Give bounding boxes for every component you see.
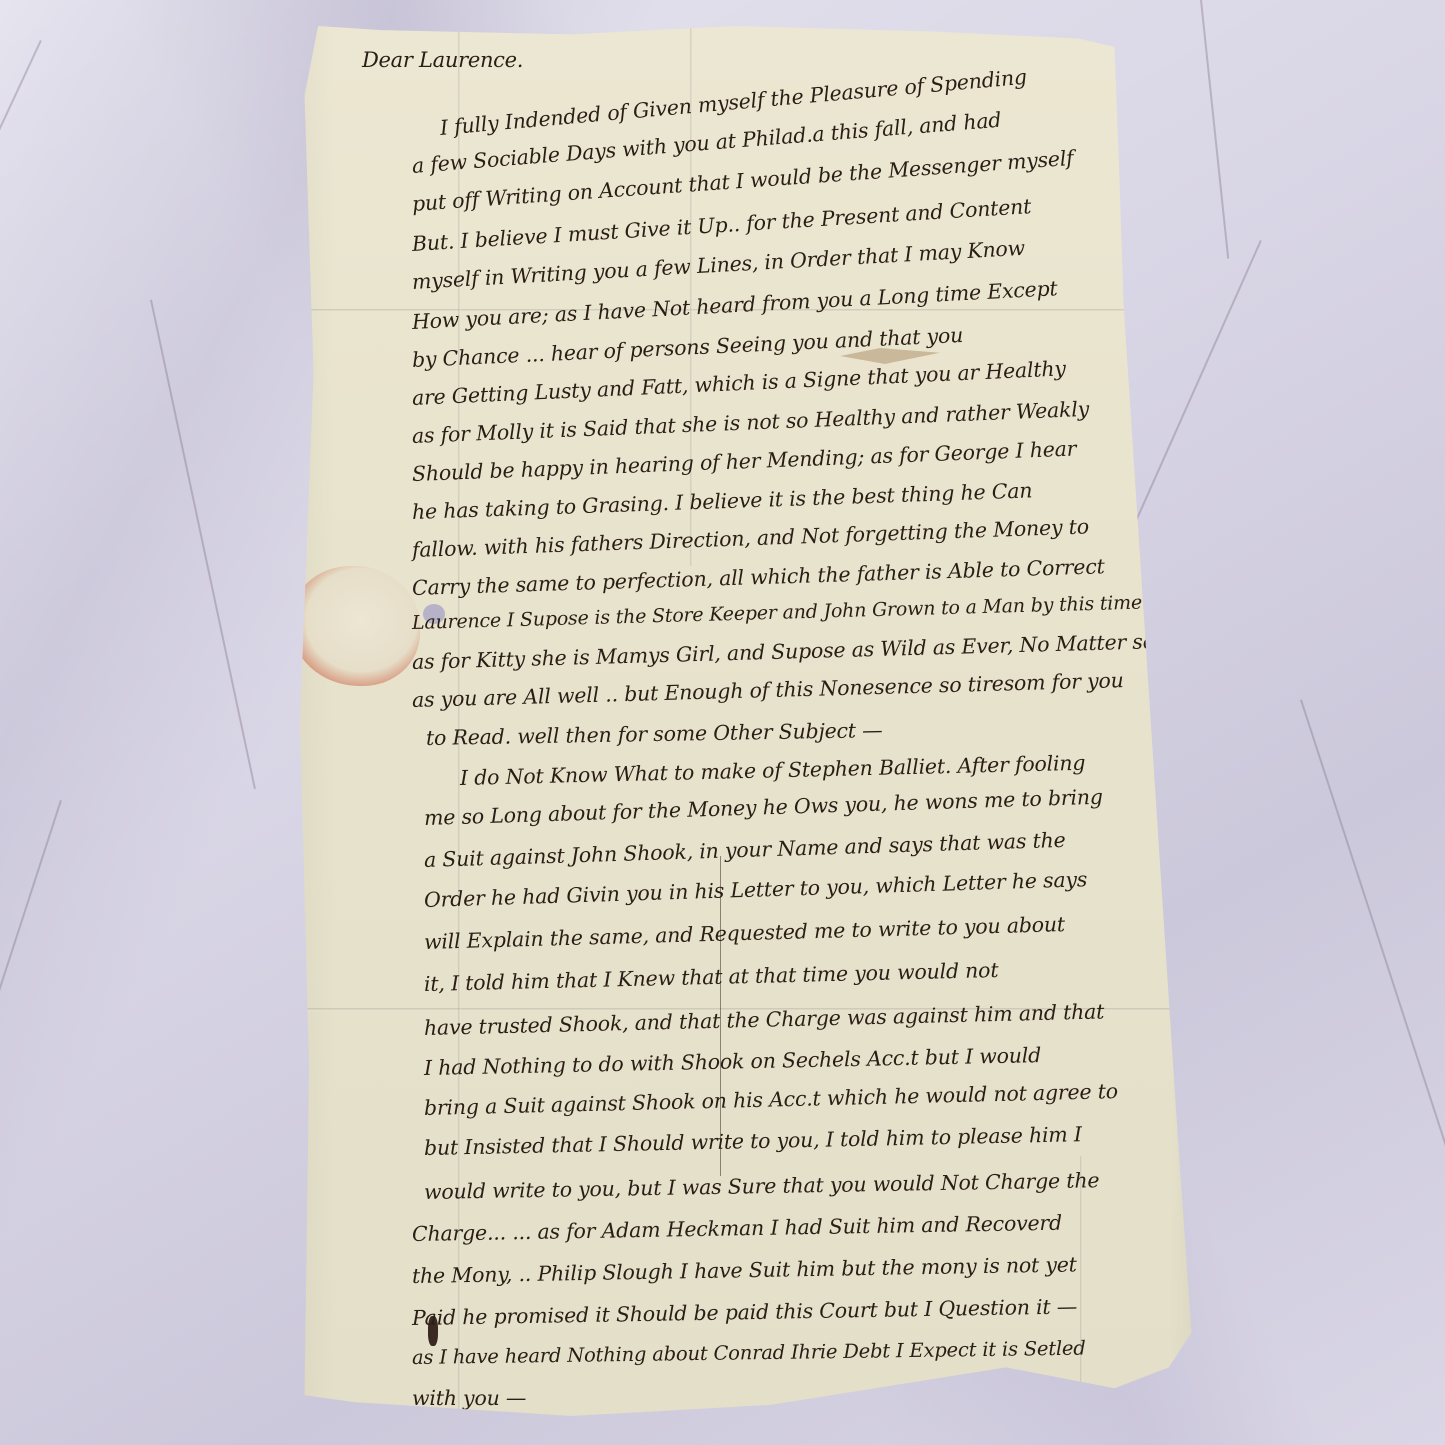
letter-line: as I have heard Nothing about Conrad Ihr… [412, 1337, 1086, 1369]
letter-paper: Dear Laurence. I fully Indended of Given… [300, 26, 1205, 1416]
letter-line: Paid he promised it Should be paid this … [412, 1294, 1077, 1330]
letter-line: bring a Suit against Shook on his Acc.t … [424, 1079, 1118, 1120]
letter-line: Carry the same to perfection, all which … [412, 554, 1105, 600]
letter-line: with you — [412, 1386, 526, 1410]
letter-line: Order he had Givin you in his Letter to … [424, 867, 1088, 912]
marble-vein [1300, 699, 1445, 1270]
letter-line: as for Kitty she is Mamys Girl, and Supo… [412, 629, 1155, 674]
letter-line: but Insisted that I Should write to you,… [424, 1122, 1082, 1160]
marble-vein [0, 800, 62, 1276]
letter-line: it, I told him that I Knew that at that … [424, 958, 999, 996]
letter-line: a Suit against John Shook, in your Name … [424, 828, 1066, 872]
letter-line: he has taking to Grasing. I believe it i… [412, 478, 1033, 524]
letter-line: to Read. well then for some Other Subjec… [426, 718, 883, 750]
letter-line: I had Nothing to do with Shook on Sechel… [424, 1043, 1042, 1080]
letter-line: will Explain the same, and Requested me … [424, 912, 1066, 954]
marble-vein [150, 300, 256, 789]
letter-line: Laurence I Supose is the Store Keeper an… [412, 592, 1143, 634]
letter-line: as you are All well .. but Enough of thi… [412, 668, 1124, 712]
letter-line: would write to you, but I was Sure that … [424, 1168, 1100, 1204]
letter-line: the Mony, .. Philip Slough I have Suit h… [412, 1252, 1077, 1288]
letter-line: me so Long about for the Money he Ows yo… [424, 785, 1103, 830]
letter-text: Dear Laurence. I fully Indended of Given… [300, 26, 1205, 1416]
marble-vein [1200, 0, 1229, 259]
letter-line: fallow. with his fathers Direction, and … [412, 514, 1090, 562]
letter-line: I do Not Know What to make of Stephen Ba… [460, 751, 1086, 790]
letter-line: have trusted Shook, and that the Charge … [424, 999, 1105, 1040]
marble-vein [0, 40, 42, 421]
salutation: Dear Laurence. [362, 48, 523, 72]
letter-line: Charge... ... as for Adam Heckman I had … [412, 1211, 1062, 1246]
